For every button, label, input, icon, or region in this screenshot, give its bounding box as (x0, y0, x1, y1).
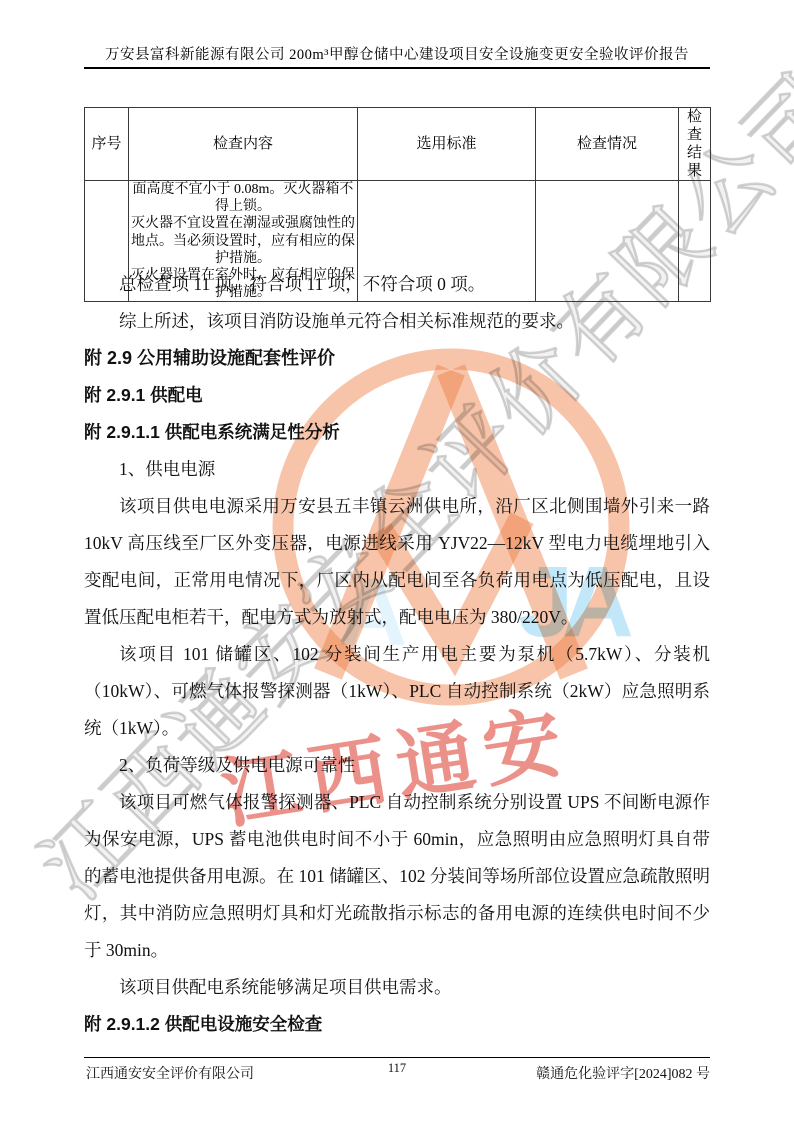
document-header-title: 万安县富科新能源有限公司 200m³甲醇仓储中心建设项目安全设施变更安全验收评价… (0, 43, 794, 64)
column-header-situation: 检查情况 (536, 108, 679, 181)
report-page: 江西通安安全评价有限公司 A JA 江西通安 万安县富科新能源有限公司 200m… (0, 0, 794, 1123)
paragraph-loads: 该项目 101 储罐区、102 分装间生产用电主要为泵机（5.7kW）、分装机（… (84, 636, 710, 747)
check-content-paragraph: 灭火器不宜设置在潮湿或强腐蚀性的地点。当必须设置时，应有相应的保护措施。 (131, 215, 355, 267)
footer-doc-number: 赣通危化验评字[2024]082 号 (536, 1063, 710, 1083)
summary-line: 总检查项 11 项，符合项 11 项，不符合项 0 项。 (84, 266, 710, 303)
list-item-power-source: 1、供电电源 (84, 451, 710, 488)
heading-2-9-1-1: 附 2.9.1.1 供配电系统满足性分析 (84, 414, 710, 451)
heading-2-9: 附 2.9 公用辅助设施配套性评价 (84, 340, 710, 377)
column-header-standard: 选用标准 (358, 108, 536, 181)
column-header-result: 检查结果 (679, 108, 711, 181)
paragraph-satisfy: 该项目供配电系统能够满足项目供电需求。 (84, 969, 710, 1006)
conclusion-line: 综上所述，该项目消防设施单元符合相关标准规范的要求。 (84, 303, 710, 340)
paragraph-reliability: 该项目可燃气体报警探测器、PLC 自动控制系统分别设置 UPS 不间断电源作为保… (84, 784, 710, 969)
paragraph-power-source: 该项目供电电源采用万安县五丰镇云洲供电所，沿厂区北侧围墙外引来一路 10kV 高… (84, 488, 710, 636)
list-item-reliability: 2、负荷等级及供电电源可靠性 (84, 747, 710, 784)
column-header-seq: 序号 (85, 108, 129, 181)
header-rule (84, 67, 710, 69)
body-content: 总检查项 11 项，符合项 11 项，不符合项 0 项。 综上所述，该项目消防设… (84, 266, 710, 1043)
heading-2-9-1: 附 2.9.1 供配电 (84, 377, 710, 414)
heading-2-9-1-2: 附 2.9.1.2 供配电设施安全检查 (84, 1006, 710, 1043)
table-header-row: 序号 检查内容 选用标准 检查情况 检查结果 (85, 108, 711, 181)
column-header-content: 检查内容 (129, 108, 358, 181)
check-content-paragraph: 面高度不宜小于 0.08m。灭火器箱不得上锁。 (131, 181, 355, 215)
footer-rule (84, 1057, 710, 1058)
